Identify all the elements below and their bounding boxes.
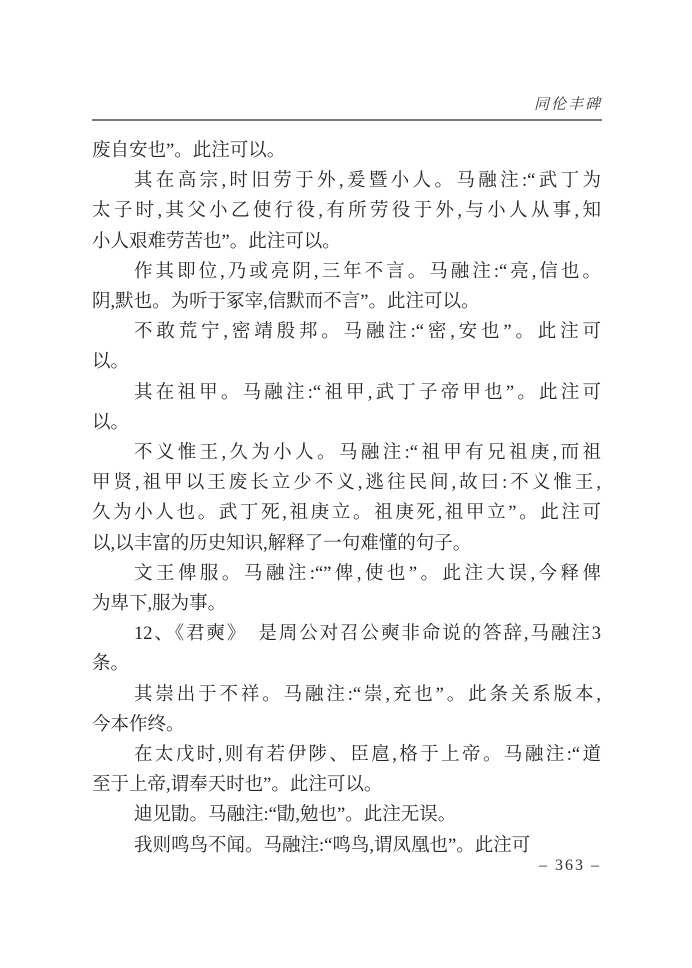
text-line: 不敢荒宁,密靖殷邦。马融注:“密,安也”。此注可 (92, 317, 601, 347)
text-line: 文王俾服。马融注:“”俾,使也”。此注大误,今释俾 (92, 559, 601, 589)
header-rule (92, 119, 602, 121)
text-line: 作其即位,乃或亮阴,三年不言。马融注:“亮,信也。 (92, 257, 601, 287)
paragraph: 其在高宗,时旧劳于外,爰暨小人。马融注:“武丁为太子时,其父小乙使行役,有所劳役… (92, 166, 601, 257)
text-line: 今本作终。 (92, 710, 601, 740)
text-line: 迪见勖。马融注:“勖,勉也”。此注无误。 (92, 800, 601, 830)
text-line: 久为小人也。武丁死,祖庚立。祖庚死,祖甲立”。此注可 (92, 498, 601, 528)
paragraph: 文王俾服。马融注:“”俾,使也”。此注大误,今释俾为卑下,服为事。 (92, 559, 601, 619)
text-line: 甲贤,祖甲以王废长立少不义,逃往民间,故曰:不义惟王, (92, 468, 601, 498)
text-line: 以,以丰富的历史知识,解释了一句难懂的句子。 (92, 529, 601, 559)
text-line: 其崇出于不祥。马融注:“崇,充也”。此条关系版本, (92, 680, 601, 710)
text-line: 条。 (92, 649, 601, 679)
text-line: 12、《君奭》 是周公对召公奭非命说的答辞,马融注3 (92, 619, 601, 649)
paragraph: 作其即位,乃或亮阴,三年不言。马融注:“亮,信也。阴,默也。为听于冢宰,信默而不… (92, 257, 601, 317)
paragraph: 其崇出于不祥。马融注:“崇,充也”。此条关系版本,今本作终。 (92, 680, 601, 740)
paragraph: 不敢荒宁,密靖殷邦。马融注:“密,安也”。此注可以。 (92, 317, 601, 377)
text-line: 不义惟王,久为小人。马融注:“祖甲有兄祖庚,而祖 (92, 438, 601, 468)
text-line: 其在祖甲。马融注:“祖甲,武丁子帝甲也”。此注可 (92, 378, 601, 408)
paragraph: 其在祖甲。马融注:“祖甲,武丁子帝甲也”。此注可以。 (92, 378, 601, 438)
paragraph: 迪见勖。马融注:“勖,勉也”。此注无误。 (92, 800, 601, 830)
paragraph: 我则鸣鸟不闻。马融注:“鸣鸟,谓凤凰也”。此注可 (92, 831, 601, 861)
page-number: – 363 – (539, 857, 601, 875)
book-page: 同伦丰碑 废自安也”。此注可以。其在高宗,时旧劳于外,爰暨小人。马融注:“武丁为… (0, 0, 692, 968)
paragraph: 在太戊时,则有若伊陟、臣扈,格于上帝。马融注:“道至于上帝,谓奉天时也”。此注可… (92, 740, 601, 800)
text-line: 阴,默也。为听于冢宰,信默而不言”。此注可以。 (92, 287, 601, 317)
text-line: 废自安也”。此注可以。 (92, 136, 601, 166)
text-line: 小人艰难劳苦也”。此注可以。 (92, 227, 601, 257)
text-line: 我则鸣鸟不闻。马融注:“鸣鸟,谓凤凰也”。此注可 (92, 831, 601, 861)
text-line: 太子时,其父小乙使行役,有所劳役于外,与小人从事,知 (92, 196, 601, 226)
text-body: 废自安也”。此注可以。其在高宗,时旧劳于外,爰暨小人。马融注:“武丁为太子时,其… (92, 136, 601, 861)
text-line: 以。 (92, 408, 601, 438)
text-line: 其在高宗,时旧劳于外,爰暨小人。马融注:“武丁为 (92, 166, 601, 196)
text-line: 以。 (92, 347, 601, 377)
running-head-title: 同伦丰碑 (534, 93, 602, 114)
paragraph: 废自安也”。此注可以。 (92, 136, 601, 166)
paragraph: 不义惟王,久为小人。马融注:“祖甲有兄祖庚,而祖甲贤,祖甲以王废长立少不义,逃往… (92, 438, 601, 559)
text-line: 为卑下,服为事。 (92, 589, 601, 619)
paragraph: 12、《君奭》 是周公对召公奭非命说的答辞,马融注3条。 (92, 619, 601, 679)
text-line: 至于上帝,谓奉天时也”。此注可以。 (92, 770, 601, 800)
text-line: 在太戊时,则有若伊陟、臣扈,格于上帝。马融注:“道 (92, 740, 601, 770)
